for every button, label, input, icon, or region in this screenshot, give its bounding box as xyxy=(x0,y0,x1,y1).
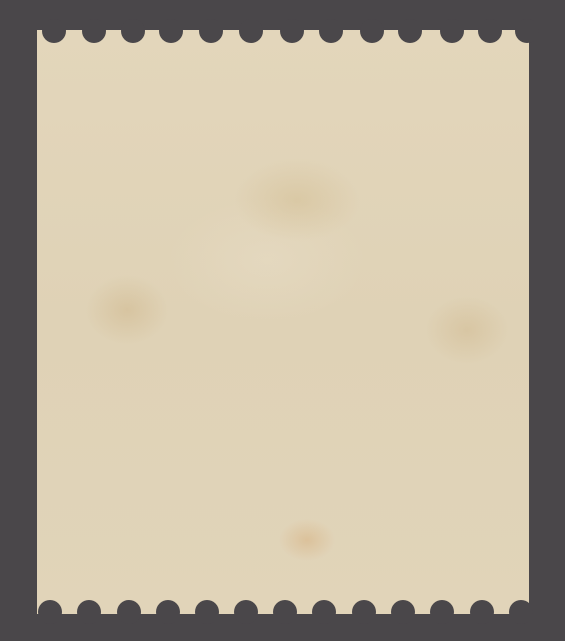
perforation-hole xyxy=(117,600,141,624)
perforation-hole xyxy=(199,19,223,43)
perforation-hole xyxy=(440,19,464,43)
perforation-hole xyxy=(360,19,384,43)
perforation-hole xyxy=(38,600,62,624)
perforation-hole xyxy=(156,600,180,624)
perforation-hole xyxy=(121,19,145,43)
perforation-hole xyxy=(319,19,343,43)
perforation-hole xyxy=(312,600,336,624)
perforation-hole xyxy=(509,600,533,624)
perforation-hole xyxy=(82,19,106,43)
perforation-hole xyxy=(352,600,376,624)
perforation-hole xyxy=(515,19,539,43)
perforation-hole xyxy=(280,19,304,43)
perforation-hole xyxy=(77,600,101,624)
perforation-hole xyxy=(391,600,415,624)
perforation-hole xyxy=(398,19,422,43)
perforation-hole xyxy=(159,19,183,43)
perforation-hole xyxy=(234,600,258,624)
stamp-back xyxy=(37,30,529,614)
perforation-hole xyxy=(478,19,502,43)
perforation-hole xyxy=(430,600,454,624)
perforation-hole xyxy=(42,19,66,43)
perforation-hole xyxy=(195,600,219,624)
perforation-hole xyxy=(239,19,263,43)
perforation-hole xyxy=(470,600,494,624)
perforation-hole xyxy=(273,600,297,624)
